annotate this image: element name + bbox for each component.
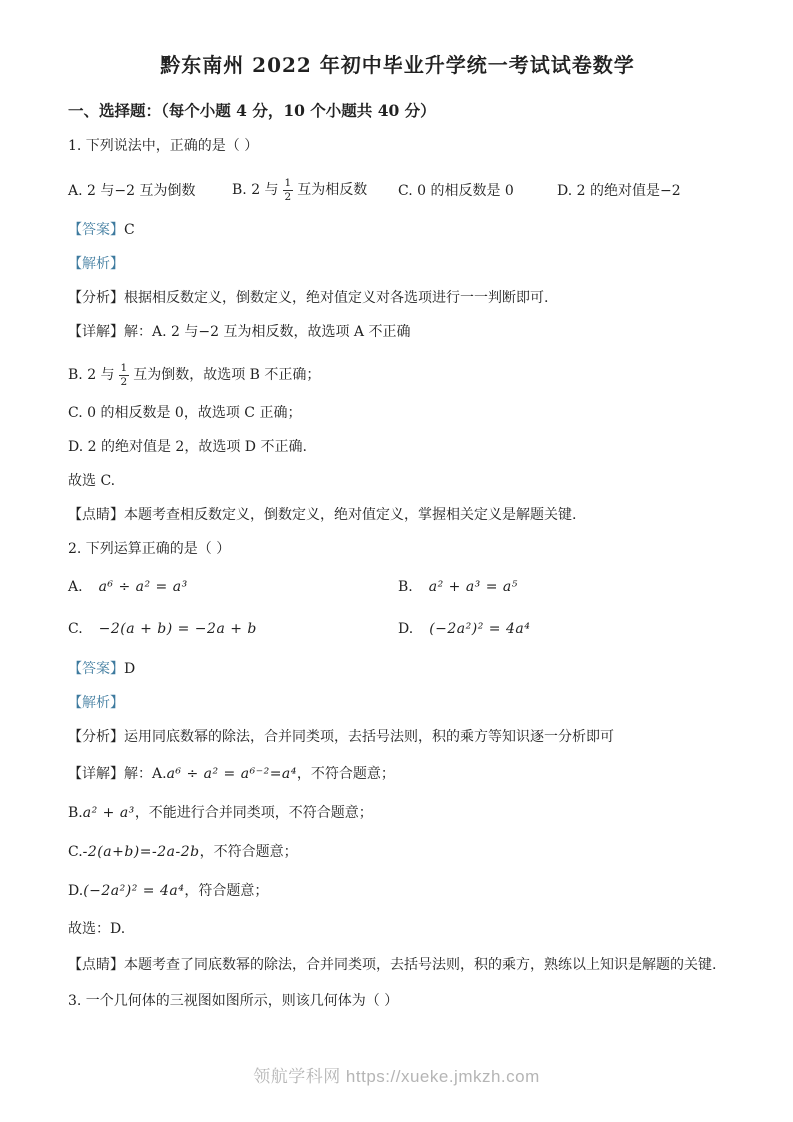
page-title: 黔东南州 2022 年初中毕业升学统一考试试卷数学 <box>68 50 727 80</box>
jiexi-tag: 【解析】 <box>68 695 124 711</box>
xiangjie-tag: 【详解】 <box>68 324 124 340</box>
q2-answer-value: D <box>124 661 135 677</box>
q1-detail-d-line: D. 2 的绝对值是 2，故选项 D 不正确. <box>68 437 727 458</box>
q1-stem: 1. 下列说法中，正确的是（ ） <box>68 136 727 157</box>
q2-fenxi-text: 运用同底数幂的除法，合并同类项，去括号法则，积的乘方等知识逐一分析即可 <box>124 729 614 745</box>
q2-detail-d-line: D.(−2a²)² = 4a⁴，符合题意； <box>68 880 727 903</box>
q2-options-row-2: C.−2(a + b) = −2a + b D.(−2a²)² = 4a⁴ <box>68 617 727 641</box>
fraction-numerator: 1 <box>283 177 294 191</box>
fraction-one-half: 12 <box>283 177 294 203</box>
q2-detail-a-pre: 解：A. <box>124 766 167 782</box>
q2-option-d-formula: (−2a²)² = 4a⁴ <box>429 621 530 637</box>
q2-detail-b-formula: a² + a³ <box>83 805 135 821</box>
q2-option-c: C.−2(a + b) = −2a + b <box>68 617 398 641</box>
q2-option-a-formula: a⁶ ÷ a² = a³ <box>99 579 188 595</box>
q2-option-d: D.(−2a²)² = 4a⁴ <box>398 617 727 641</box>
q2-detail-d-post: ，符合题意； <box>184 883 268 899</box>
xiangjie-tag: 【详解】 <box>68 766 124 782</box>
q1-jiexi-line: 【解析】 <box>68 254 727 275</box>
q2-answer-line: 【答案】D <box>68 659 727 680</box>
q1-option-b-pre: B. 2 与 <box>232 182 279 198</box>
q2-detail-a-post: ，不符合题意； <box>297 766 395 782</box>
q2-jiexi-line: 【解析】 <box>68 693 727 714</box>
q2-dianjing-text: 本题考查了同底数幂的除法，合并同类项，去括号法则，积的乘方，熟练以上知识是解题的… <box>124 957 716 973</box>
q1-dianjing-line: 【点睛】本题考查相反数定义，倒数定义，绝对值定义，掌握相关定义是解题关键. <box>68 505 727 526</box>
fenxi-tag: 【分析】 <box>68 290 124 306</box>
answer-tag: 【答案】 <box>68 222 124 238</box>
dianjing-tag: 【点睛】 <box>68 957 124 973</box>
q1-fenxi-line: 【分析】根据相反数定义，倒数定义，绝对值定义对各选项进行一一判断即可. <box>68 288 727 309</box>
q2-fenxi-line: 【分析】运用同底数幂的除法，合并同类项，去括号法则，积的乘方等知识逐一分析即可 <box>68 727 727 748</box>
q2-detail-c-formula: -2(a+b)=-2a-2b <box>83 844 200 860</box>
dianjing-tag: 【点睛】 <box>68 507 124 523</box>
fraction-numerator: 1 <box>119 362 130 376</box>
q1-detail-b-post: 互为倒数，故选项 B 不正确； <box>133 365 320 386</box>
answer-tag: 【答案】 <box>68 661 124 677</box>
q2-conclusion-line: 故选：D. <box>68 919 727 940</box>
q2-detail-d-formula: (−2a²)² = 4a⁴ <box>83 883 184 899</box>
q1-options-row: A. 2 与−2 互为倒数 B. 2 与12互为相反数 C. 0 的相反数是 0… <box>68 170 727 210</box>
q1-detail-b-pre: B. 2 与 <box>68 365 115 386</box>
q1-detail-c-line: C. 0 的相反数是 0，故选项 C 正确； <box>68 403 727 424</box>
q2-detail-a-line: 【详解】解：A.a⁶ ÷ a² = a⁶⁻²=a⁴，不符合题意； <box>68 763 727 786</box>
fraction-one-half: 12 <box>119 362 130 388</box>
q2-options-row-1: A.a⁶ ÷ a² = a³ B.a² + a³ = a⁵ <box>68 575 727 599</box>
q1-fenxi-text: 根据相反数定义，倒数定义，绝对值定义对各选项进行一一判断即可. <box>124 290 548 306</box>
q1-answer-line: 【答案】C <box>68 220 727 241</box>
q1-option-b: B. 2 与12互为相反数 <box>232 177 398 203</box>
q1-option-c: C. 0 的相反数是 0 <box>398 180 557 200</box>
watermark-footer: 领航学科网 https://xueke.jmkzh.com <box>0 1062 793 1087</box>
q1-answer-value: C <box>124 222 135 238</box>
jiexi-tag: 【解析】 <box>68 256 124 272</box>
q2-detail-d-label: D. <box>68 883 83 899</box>
q2-stem: 2. 下列运算正确的是（ ） <box>68 539 727 560</box>
q1-option-d: D. 2 的绝对值是−2 <box>557 180 727 200</box>
document-content: 黔东南州 2022 年初中毕业升学统一考试试卷数学 一、选择题：（每个小题 4 … <box>0 0 793 1012</box>
fraction-denominator: 2 <box>119 376 130 389</box>
q1-detail-a-text: 解：A. 2 与−2 互为相反数，故选项 A 不正确 <box>124 324 410 340</box>
q2-option-a-label: A. <box>68 579 83 595</box>
q2-option-a: A.a⁶ ÷ a² = a³ <box>68 575 398 599</box>
q2-detail-a-formula: a⁶ ÷ a² = a⁶⁻²=a⁴ <box>167 766 297 782</box>
q1-conclusion-line: 故选 C. <box>68 471 727 492</box>
q2-option-b-formula: a² + a³ = a⁵ <box>429 579 518 595</box>
q2-detail-c-label: C. <box>68 844 83 860</box>
q2-option-c-label: C. <box>68 621 83 637</box>
q2-option-d-label: D. <box>398 621 413 637</box>
q1-option-b-post: 互为相反数 <box>297 182 367 198</box>
q1-detail-b-line: B. 2 与12互为倒数，故选项 B 不正确； <box>68 356 727 394</box>
q2-option-b: B.a² + a³ = a⁵ <box>398 575 727 599</box>
q2-detail-c-line: C.-2(a+b)=-2a-2b，不符合题意； <box>68 841 727 864</box>
exam-document-page: 黔东南州 2022 年初中毕业升学统一考试试卷数学 一、选择题：（每个小题 4 … <box>0 0 793 1122</box>
fenxi-tag: 【分析】 <box>68 729 124 745</box>
q2-detail-b-post: ，不能进行合并同类项，不符合题意； <box>135 805 373 821</box>
q2-detail-c-post: ，不符合题意； <box>200 844 298 860</box>
q1-detail-a-line: 【详解】解：A. 2 与−2 互为相反数，故选项 A 不正确 <box>68 322 727 343</box>
q2-detail-b-line: B.a² + a³，不能进行合并同类项，不符合题意； <box>68 802 727 825</box>
q2-option-b-label: B. <box>398 579 413 595</box>
q3-stem: 3. 一个几何体的三视图如图所示，则该几何体为（ ） <box>68 991 727 1012</box>
q1-dianjing-text: 本题考查相反数定义，倒数定义，绝对值定义，掌握相关定义是解题关键. <box>124 507 576 523</box>
fraction-denominator: 2 <box>283 191 294 204</box>
q1-option-a: A. 2 与−2 互为倒数 <box>68 180 232 200</box>
section-header: 一、选择题：（每个小题 4 分，10 个小题共 40 分） <box>68 100 727 122</box>
q2-option-c-formula: −2(a + b) = −2a + b <box>99 621 257 637</box>
q2-detail-b-label: B. <box>68 805 83 821</box>
q2-dianjing-line: 【点睛】本题考查了同底数幂的除法，合并同类项，去括号法则，积的乘方，熟练以上知识… <box>68 955 727 976</box>
